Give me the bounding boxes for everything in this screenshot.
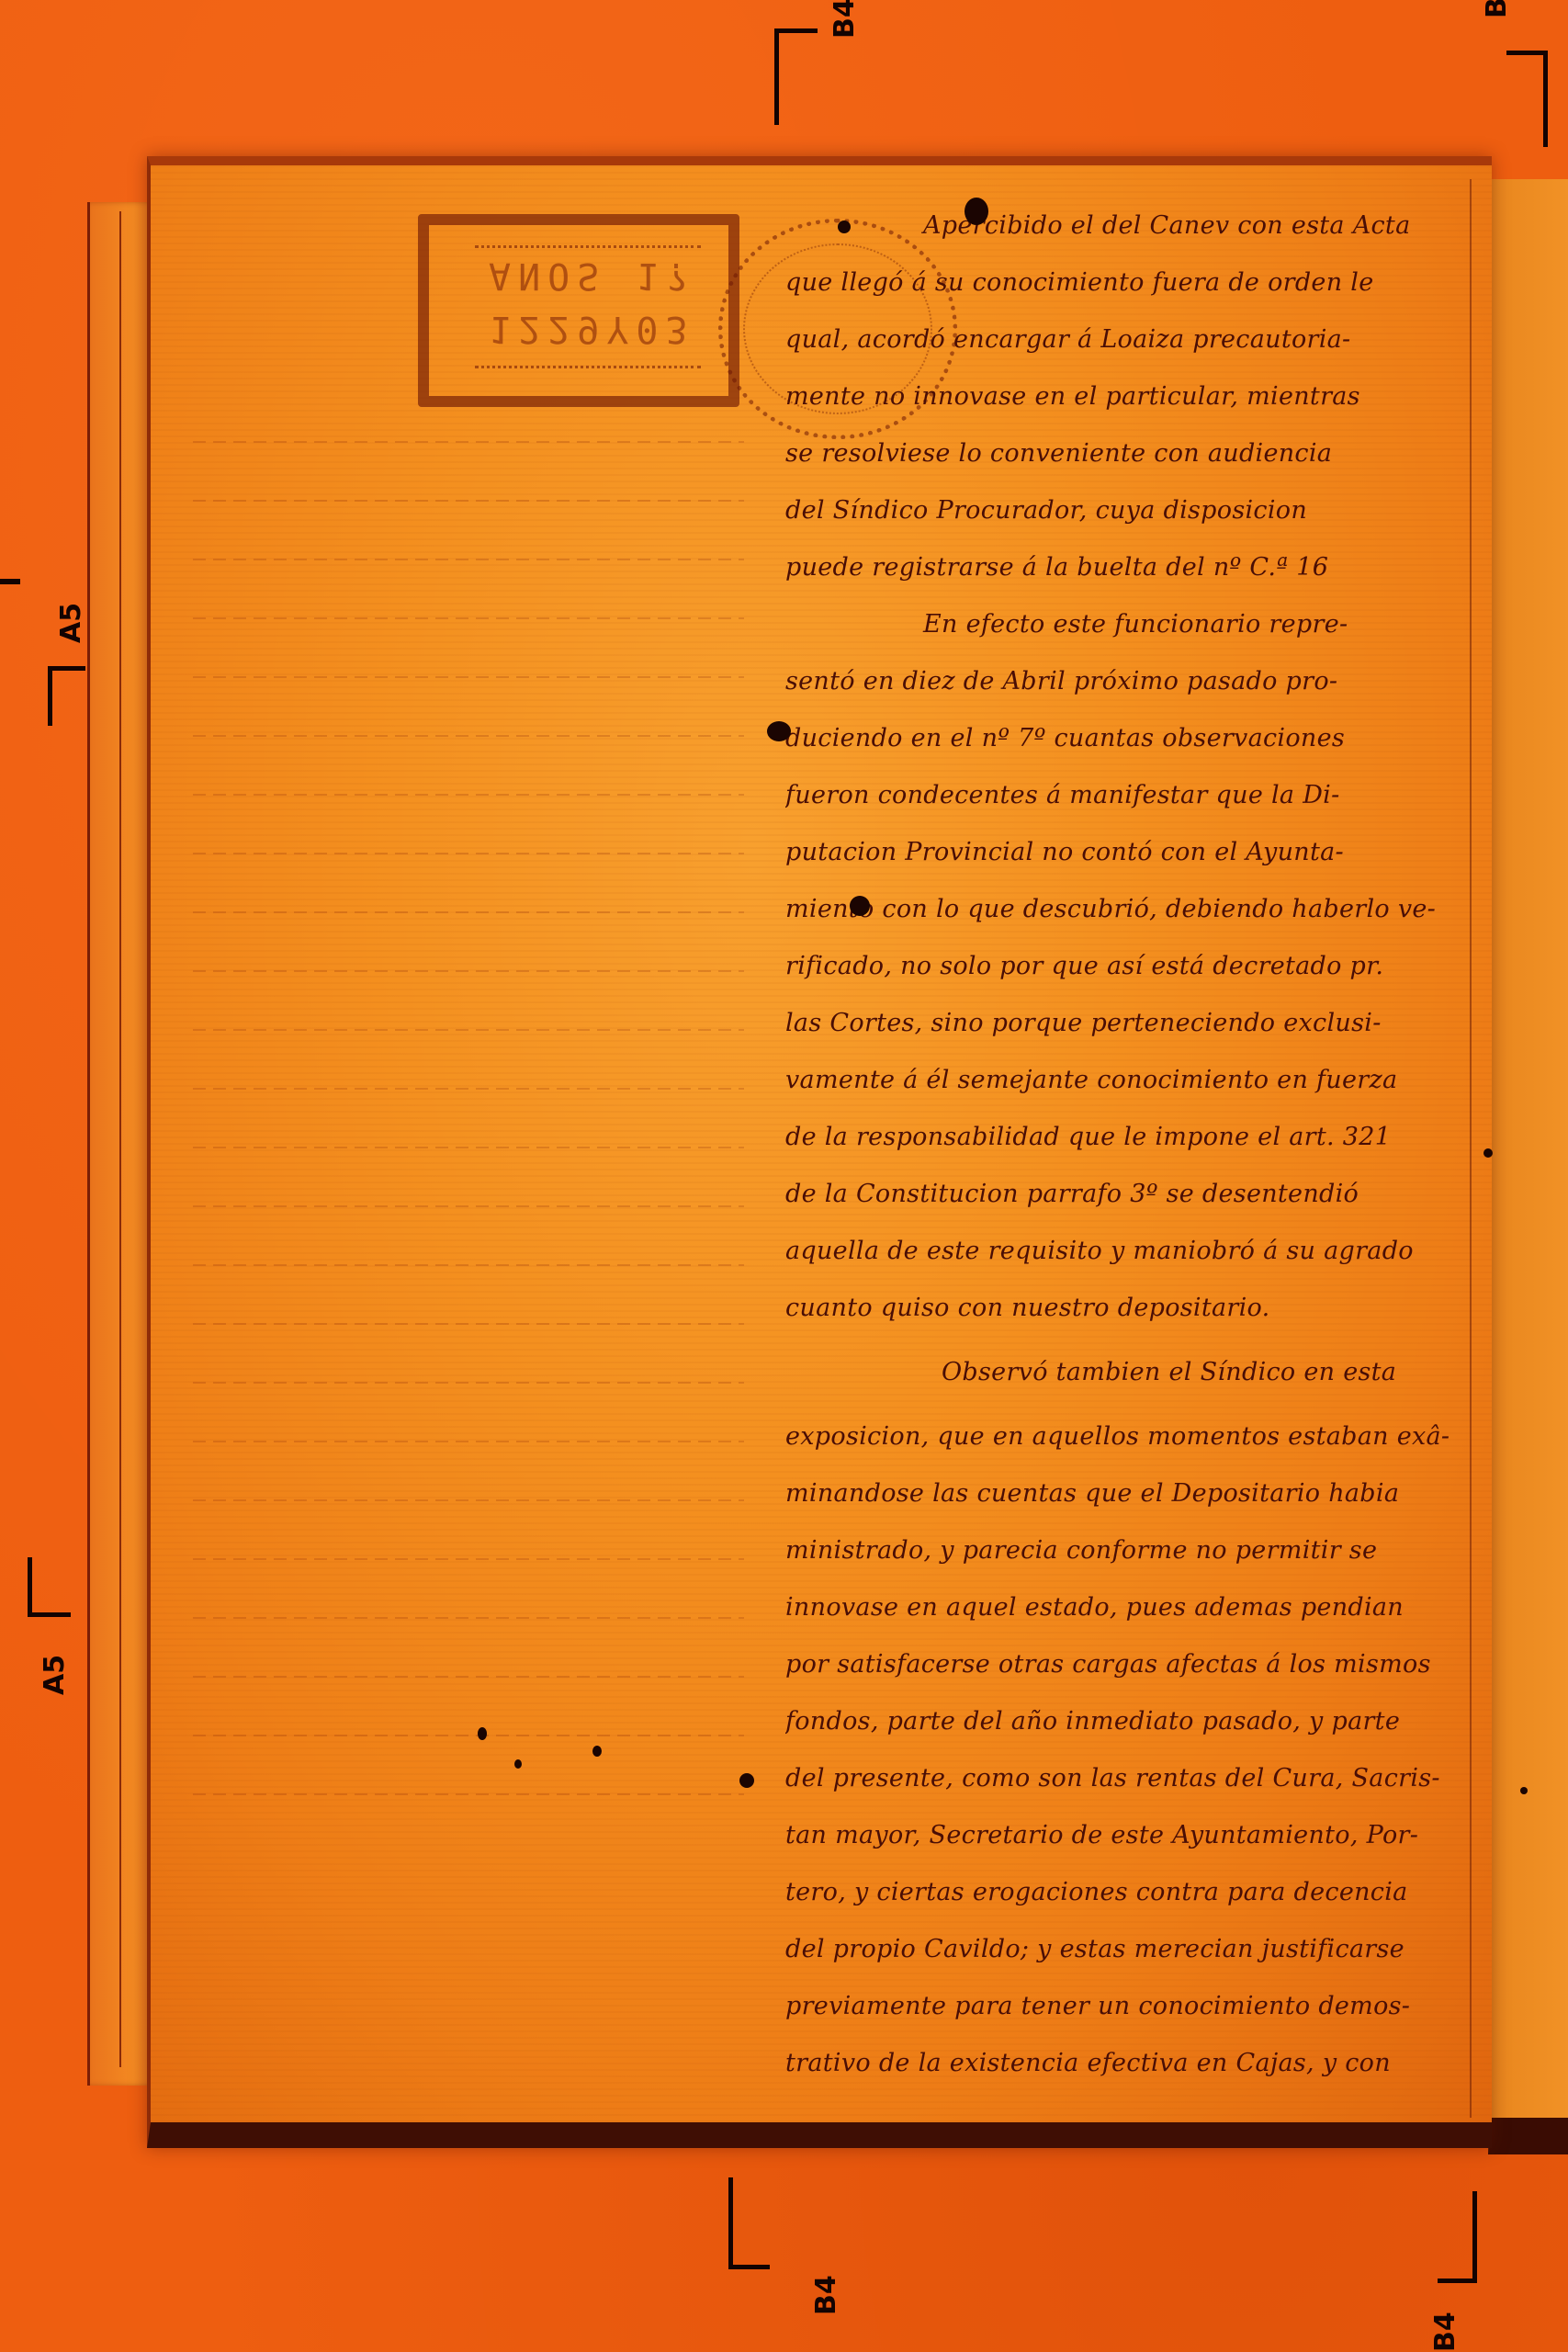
manuscript-line: Observó tambien el Síndico en esta <box>785 1344 1461 1401</box>
manuscript-line: tan mayor, Secretario de este Ayuntamien… <box>785 1807 1461 1864</box>
rectangular-stamp: ANOS 1? 1229Y03 <box>418 214 739 407</box>
adjacent-page-edge <box>1488 179 1568 2154</box>
manuscript-line: exposicion, que en aquellos momentos est… <box>785 1408 1461 1465</box>
manuscript-line: vamente á él semejante conocimiento en f… <box>785 1052 1461 1109</box>
ink-spot <box>592 1746 602 1757</box>
ink-spot <box>850 896 870 916</box>
manuscript-line: del presente, como son las rentas del Cu… <box>785 1750 1461 1807</box>
margin-fold-line <box>1470 179 1472 2118</box>
manuscript-line: En efecto este funcionario repre- <box>785 596 1461 653</box>
manuscript-line: ministrado, y parecia conforme no permit… <box>785 1522 1461 1579</box>
manuscript-line: fueron condecentes á manifestar que la D… <box>785 767 1461 824</box>
manuscript-text-block: Apercibido el del Canev con esta Acta qu… <box>785 198 1461 2092</box>
manuscript-line: previamente para tener un conocimiento d… <box>785 1978 1461 2035</box>
manuscript-line: minandose las cuentas que el Depositario… <box>785 1465 1461 1522</box>
ink-spot <box>1483 1148 1493 1158</box>
stamp-text-line-2: 1229Y03 <box>489 308 695 350</box>
manuscript-line: por satisfacerse otras cargas afectas á … <box>785 1636 1461 1693</box>
crop-mark-bottom-right <box>1438 2191 1477 2283</box>
crop-label-bottom-right: B4 <box>1429 2312 1461 2352</box>
crop-mark-left-upper <box>48 666 85 726</box>
manuscript-line: tero, y ciertas erogaciones contra para … <box>785 1864 1461 1921</box>
manuscript-line: las Cortes, sino porque perteneciendo ex… <box>785 995 1461 1052</box>
ink-spot <box>478 1727 487 1740</box>
crop-label-left-lower: A5 <box>39 1655 71 1695</box>
crop-label-top-left: B4 <box>829 0 861 39</box>
manuscript-line: del Síndico Procurador, cuya disposicion <box>785 482 1461 539</box>
stamp-text-line-1: ANOS 1? <box>489 254 695 297</box>
ink-spot <box>1520 1787 1528 1794</box>
manuscript-line: puede registrarse á la buelta del nº C.ª… <box>785 539 1461 596</box>
manuscript-line: se resolviese lo conveniente con audienc… <box>785 425 1461 482</box>
manuscript-line: duciendo en el nº 7º cuantas observacion… <box>785 710 1461 767</box>
ink-spot <box>964 198 988 225</box>
manuscript-line: putacion Provincial no contó con el Ayun… <box>785 824 1461 881</box>
crop-mark-top-left <box>774 28 818 125</box>
manuscript-line: miento con lo que descubrió, debiendo ha… <box>785 881 1461 938</box>
crop-mark-left-lower <box>28 1557 71 1617</box>
manuscript-line: trativo de la existencia efectiva en Caj… <box>785 2035 1461 2092</box>
crop-label-bottom-left: B4 <box>810 2275 842 2315</box>
crop-mark-top-right <box>1506 51 1548 147</box>
ink-spot <box>767 721 791 741</box>
manuscript-line: Apercibido el del Canev con esta Acta <box>785 198 1461 254</box>
ink-spot <box>514 1759 522 1769</box>
manuscript-line: cuanto quiso con nuestro depositario. <box>785 1280 1461 1337</box>
bleed-through-writing <box>193 441 744 2003</box>
manuscript-line: innovase en aquel estado, pues ademas pe… <box>785 1579 1461 1636</box>
ink-spot <box>739 1773 754 1788</box>
manuscript-line: qual, acordó encargar á Loaiza precautor… <box>785 311 1461 368</box>
ink-spot <box>838 220 851 233</box>
manuscript-line: que llegó á su conocimiento fuera de ord… <box>785 254 1461 311</box>
manuscript-line: aquella de este requisito y maniobró á s… <box>785 1223 1461 1280</box>
manuscript-line: fondos, parte del año inmediato pasado, … <box>785 1693 1461 1750</box>
manuscript-line: rificado, no solo por que así está decre… <box>785 938 1461 995</box>
manuscript-line: de la Constitucion parrafo 3º se desente… <box>785 1166 1461 1223</box>
manuscript-line: del propio Cavildo; y estas merecian jus… <box>785 1921 1461 1978</box>
crop-label-left-upper: A5 <box>55 603 87 643</box>
manuscript-line: mente no innovase en el particular, mien… <box>785 368 1461 425</box>
manuscript-line: de la responsabilidad que le impone el a… <box>785 1109 1461 1166</box>
crop-tick-left <box>0 579 20 584</box>
crop-label-top-right: B <box>1481 0 1513 18</box>
crop-mark-bottom-left <box>728 2177 770 2269</box>
manuscript-line: sentó en diez de Abril próximo pasado pr… <box>785 653 1461 710</box>
